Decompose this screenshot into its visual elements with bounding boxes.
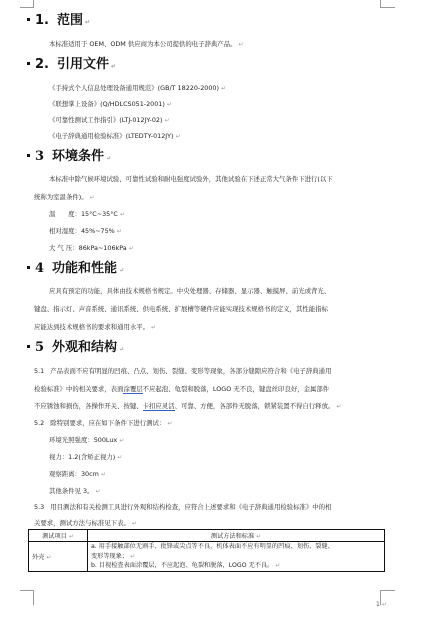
grammar-underlined-text[interactable]: 卡扣应灵活 [143, 402, 175, 411]
paragraph-mark-icon: ↵ [111, 63, 116, 70]
clause-text: 产品表面不应有明显的凹痕、凸点、划伤、裂缝、变形等现象，各部分缝隙应符合和《电子… [50, 367, 331, 375]
condition-label: 相对湿度： [49, 227, 81, 235]
cell-mark-icon: ↵ [46, 554, 51, 561]
heading-bullet-icon [27, 266, 30, 269]
paragraph-mark-icon: ↵ [132, 520, 137, 527]
heading-bullet-icon [27, 154, 30, 157]
reference-item[interactable]: 《手持式个人信息处理设备通用规范》(GB/T 18220-2000)↵ [49, 84, 226, 93]
table-row: 外壳↵ a. 用手接触部位无割手、批锋或尖点等不良，机体表面不应有明显的凹痕、划… [29, 542, 385, 572]
paragraph-text: 应能达到技术规格书的要求和通用水平。 [34, 323, 149, 331]
table-cell-item[interactable]: 外壳↵ [29, 542, 88, 572]
clause-5-1-line-2[interactable]: 检验标准》中的相关要求，表面涂覆层不应起泡、龟裂和脱落，LOGO 无不良，键盘丝… [34, 385, 329, 394]
clause-number: 5.2 [34, 419, 44, 427]
paragraph-mark-icon: ↵ [382, 601, 387, 608]
heading-title: 范围 [57, 13, 83, 28]
reference-text: 《联想掌上设备》(Q/HDLCS051-2001) [49, 100, 165, 108]
heading-title: 环境条件 [52, 149, 104, 164]
table-header-row: 测试项目↵ 测试方法和标准↵ [29, 530, 385, 542]
paragraph-mark-icon: ↵ [238, 41, 243, 48]
clause-text: 不应锈蚀和损伤，各操作开关、按键、 [34, 402, 143, 410]
paragraph-mark-icon: ↵ [117, 228, 122, 235]
reference-text: 《手持式个人信息处理设备通用规范》(GB/T 18220-2000) [49, 84, 219, 92]
clause-number: 5.1 [34, 367, 44, 375]
paragraph-environment-line-1[interactable]: 本标准中除气候环境试验、可靠性试验和耐电强度试验外，其他试验在下述正常大气条件下… [49, 175, 333, 184]
heading-bullet-icon [27, 18, 30, 21]
paragraph-mark-icon: ↵ [106, 155, 111, 162]
paragraph-text: 统称为室温条件)。 [34, 193, 88, 201]
paragraph-mark-icon: ↵ [221, 85, 226, 92]
test-method-table: 测试项目↵ 测试方法和标准↵ 外壳↵ a. 用手接触部位无割手、批锋或尖点等不良… [28, 529, 385, 572]
heading-bullet-icon [27, 62, 30, 65]
table-header-cell-item[interactable]: 测试项目↵ [29, 530, 88, 542]
condition-text: 环境光照强度：500Lux [49, 436, 117, 444]
paragraph-mark-icon: ↵ [176, 133, 181, 140]
page-number-text: 1 [376, 601, 380, 608]
heading-number: 5 [35, 340, 44, 355]
paragraph-mark-icon: ↵ [117, 454, 122, 461]
condition-value: 45%~75% [81, 227, 115, 235]
condition-value: 86kPa~106kPa [79, 244, 127, 252]
header-text: 测试项目 [42, 533, 67, 540]
clause-number: 5.3 [34, 503, 44, 511]
test-condition-item[interactable]: 视力：1.2(含矫正视力)↵ [49, 453, 122, 462]
heading-title: 引用文件 [57, 57, 109, 72]
table-header-cell-method[interactable]: 测试方法和标准↵ [88, 530, 385, 542]
heading-number: 3 [35, 149, 44, 164]
condition-text: 视力：1.2(含矫正视力) [49, 453, 115, 461]
test-condition-item[interactable]: 其他条件见 3。↵ [49, 487, 100, 496]
method-line: a. 用手接触部位无割手、批锋或尖点等不良，机体表面不应有明显的凹痕、划伤、裂缝… [91, 542, 381, 552]
heading-number: 4 [35, 261, 44, 276]
paragraph-function-line-2[interactable]: 键盘、指示灯、声音系统、通讯系统、供电系统、扩展槽等硬件应能实现技术规格书的定义… [34, 305, 328, 314]
condition-pressure[interactable]: 大 气 压：86kPa~106kPa↵ [49, 244, 134, 253]
clause-5-1-line-3[interactable]: 不应锈蚀和损伤，各操作开关、按键、卡扣应灵活、可靠、方便，各部件无脱落，锁紧装置… [34, 402, 341, 411]
heading-section-3[interactable]: 3环境条件↵ [27, 149, 111, 167]
heading-bullet-icon [27, 345, 30, 348]
clause-5-1-line-1[interactable]: 5.1 产品表面不应有明显的凹痕、凸点、划伤、裂缝、变形等现象，各部分缝隙应符合… [34, 367, 331, 376]
paragraph-mark-icon: ↵ [120, 211, 125, 218]
heading-section-5[interactable]: 5外观和结构↵ [27, 340, 124, 358]
paragraph-text: 本标准中除气候环境试验、可靠性试验和耐电强度试验外，其他试验在下述正常大气条件下… [49, 175, 333, 183]
clause-text: 关要求，测试方法与标准见下表。 [34, 519, 130, 527]
condition-temperature[interactable]: 温 度：15°C~35°C↵ [49, 210, 125, 219]
condition-label: 温 度： [49, 210, 81, 218]
clause-text: 除特别要求，应在如下条件下进行测试： [50, 419, 165, 427]
paragraph-mark-icon: ↵ [85, 19, 90, 26]
paragraph-mark-icon: ↵ [95, 488, 100, 495]
clause-text: 用目测法和有关检测工具进行外观和结构检查，应符合上述要求和《电子辞典通用检验标准… [50, 503, 331, 511]
cell-mark-icon: ↵ [275, 562, 280, 569]
paragraph-environment-line-2[interactable]: 统称为室温条件)。↵ [34, 193, 95, 202]
heading-section-2[interactable]: 2.引用文件↵ [27, 57, 116, 75]
heading-section-1[interactable]: 1.范围↵ [27, 13, 90, 31]
cell-mark-icon: ↵ [69, 533, 74, 540]
heading-title: 功能和性能 [52, 261, 117, 276]
paragraph-mark-icon: ↵ [165, 117, 170, 124]
clause-5-3-line-2[interactable]: 关要求，测试方法与标准见下表。↵ [34, 519, 137, 528]
header-text: 测试方法和标准 [211, 533, 254, 540]
paragraph-mark-icon: ↵ [130, 553, 135, 560]
paragraph-text: 键盘、指示灯、声音系统、通讯系统、供电系统、扩展槽等硬件应能实现技术规格书的定义… [34, 305, 328, 313]
paragraph-mark-icon: ↵ [101, 471, 106, 478]
paragraph-text: 本标准适用于 OEM、ODM 供应商为本公司提供的电子辞典产品。 [49, 40, 236, 48]
clause-text: 检验标准》中的相关要求，表面 [34, 385, 123, 393]
reference-item[interactable]: 《联想掌上设备》(Q/HDLCS051-2001)↵ [49, 100, 172, 109]
paragraph-mark-icon: ↵ [90, 194, 95, 201]
reference-text: 《可靠性测试工作指引》(LTJ-012JY-02) [49, 116, 163, 124]
test-condition-item[interactable]: 环境光照强度：500Lux↵ [49, 436, 124, 445]
paragraph-mark-icon: ↵ [119, 437, 124, 444]
heading-number: 1. [35, 13, 49, 28]
condition-label: 大 气 压： [49, 244, 79, 252]
heading-section-4[interactable]: 4功能和性能↵ [27, 261, 124, 279]
paragraph-function-line-1[interactable]: 应具有预定的功能，具体由技术规格书规定。中央处理器、存储器、显示器、触摸屏、前光… [49, 287, 330, 296]
method-line: b. 目视检查表面涂覆层，不应起泡、龟裂和脱落，LOGO 无不良。↵ [91, 561, 381, 571]
test-condition-item[interactable]: 观察距离：30cm↵ [49, 470, 106, 479]
crop-mark-top-right [380, 0, 395, 8]
paragraph-mark-icon: ↵ [167, 420, 172, 427]
paragraph-mark-icon: ↵ [167, 101, 172, 108]
clause-text: 、可靠、方便，各部件无脱落，锁紧装置不得自行释放。 [175, 402, 335, 410]
condition-humidity[interactable]: 相对湿度：45%~75%↵ [49, 227, 122, 236]
method-line: 变形等现象；↵ [91, 552, 381, 562]
reference-text: 《电子辞典通用检验标准》(LTEDTY-012JY) [49, 132, 174, 140]
clause-text: 不应起泡、龟裂和脱落，LOGO 无不良，键盘丝印良好，金属部件 [143, 385, 330, 393]
page-number: 1↵ [376, 601, 387, 608]
condition-value: 15°C~35°C [81, 210, 118, 218]
condition-text: 其他条件见 3。 [49, 487, 93, 495]
heading-number: 2. [35, 57, 49, 72]
paragraph-text: 应具有预定的功能，具体由技术规格书规定。中央处理器、存储器、显示器、触摸屏、前光… [49, 287, 330, 295]
heading-title: 外观和结构 [52, 340, 117, 355]
paragraph-mark-icon: ↵ [119, 267, 124, 274]
paragraph-mark-icon: ↵ [336, 403, 341, 410]
cell-text: 变形等现象； [91, 553, 128, 560]
crop-mark-bottom-left [20, 590, 34, 605]
crop-mark-top-left [20, 0, 34, 8]
condition-text: 观察距离：30cm [49, 470, 99, 478]
paragraph-scope[interactable]: 本标准适用于 OEM、ODM 供应商为本公司提供的电子辞典产品。↵ [49, 40, 244, 49]
cell-mark-icon: ↵ [256, 533, 261, 540]
reference-item[interactable]: 《电子辞典通用检验标准》(LTEDTY-012JY)↵ [49, 132, 181, 141]
table-cell-method[interactable]: a. 用手接触部位无割手、批锋或尖点等不良，机体表面不应有明显的凹痕、划伤、裂缝… [88, 542, 385, 572]
cell-text: a. 用手接触部位无割手、批锋或尖点等不良，机体表面不应有明显的凹痕、划伤、裂缝… [91, 543, 334, 550]
paragraph-function-line-3[interactable]: 应能达到技术规格书的要求和通用水平。↵ [34, 323, 156, 332]
paragraph-mark-icon: ↵ [119, 346, 124, 353]
clause-5-3-line-1[interactable]: 5.3 用目测法和有关检测工具进行外观和结构检查，应符合上述要求和《电子辞典通用… [34, 503, 331, 512]
grammar-underlined-text[interactable]: 涂覆层 [123, 385, 142, 394]
cell-text: b. 目视检查表面涂覆层，不应起泡、龟裂和脱落，LOGO 无不良。 [91, 562, 273, 569]
cell-text: 外壳 [32, 554, 44, 561]
reference-item[interactable]: 《可靠性测试工作指引》(LTJ-012JY-02)↵ [49, 116, 170, 125]
paragraph-mark-icon: ↵ [129, 245, 134, 252]
paragraph-mark-icon: ↵ [151, 324, 156, 331]
clause-5-2[interactable]: 5.2 除特别要求，应在如下条件下进行测试：↵ [34, 419, 172, 428]
